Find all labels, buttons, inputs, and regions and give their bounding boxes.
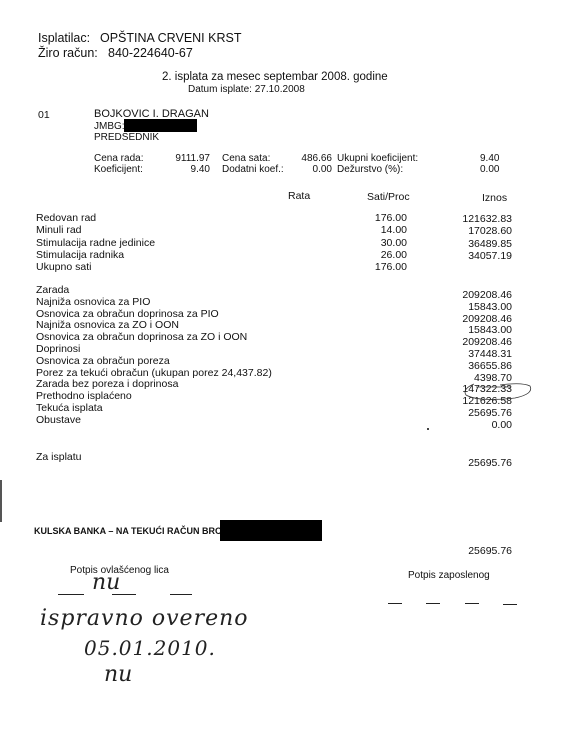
ukupni-koef-value: 9.40 [480, 153, 499, 164]
koeficijent-value: 9.40 [150, 164, 210, 175]
employee-number: 01 [38, 109, 50, 121]
payer-value: OPŠTINA CRVENI KRST [100, 31, 241, 45]
cena-sata-value: 486.66 [290, 153, 332, 164]
handwritten-circle-annotation [460, 380, 540, 406]
bank-line: KULSKA BANKA – NA TEKUĆI RAČUN BROJ [34, 526, 227, 536]
employee-signature-label: Potpis zaposlenog [408, 570, 490, 581]
jmbg-label: JMBG: [94, 121, 125, 132]
table-row-iznos: 15843.00 [440, 324, 512, 336]
signature-line [503, 604, 517, 605]
table-row-sati: 30.00 [340, 237, 407, 249]
bank-amount: 25695.76 [440, 545, 512, 557]
table-row-iznos: 209208.46 [440, 289, 512, 301]
account-label: Žiro račun: [38, 46, 98, 60]
table-row-iznos: 34057.19 [440, 250, 512, 262]
table-row-label: Najniža osnovica za PIO [36, 296, 150, 308]
jmbg-redaction [124, 119, 197, 132]
payer-label: Isplatilac: [38, 31, 90, 45]
dezurstvo-label: Dežurstvo (%): [337, 164, 403, 175]
table-row-iznos: 209208.46 [440, 336, 512, 348]
table-row-iznos: 17028.60 [440, 225, 512, 237]
table-row-label: Zarada [36, 284, 69, 296]
table-row-label: Redovan rad [36, 212, 96, 224]
document-title: 2. isplata za mesec septembar 2008. godi… [162, 71, 388, 83]
speck-mark [427, 428, 429, 430]
table-row-sati: 26.00 [340, 249, 407, 261]
dezurstvo-value: 0.00 [480, 164, 499, 175]
table-row-label: Osnovica za obračun doprinosa za PIO [36, 308, 219, 320]
table-row-label: Zarada bez poreza i doprinosa [36, 378, 178, 390]
signature-line [170, 594, 192, 595]
koeficijent-label: Koeficijent: [94, 164, 143, 175]
column-header-rata: Rata [288, 190, 310, 202]
ukupni-koef-label: Ukupni koeficijent: [337, 153, 418, 164]
table-row-label: Prethodno isplaćeno [36, 390, 132, 402]
table-row-label: Porez za tekući obračun (ukupan porez 24… [36, 367, 272, 379]
scan-artifact [0, 480, 2, 522]
handwritten-initials-top: nu [92, 570, 120, 595]
table-row-iznos: 15843.00 [440, 301, 512, 313]
dodatni-koef-label: Dodatni koef.: [222, 164, 284, 175]
cena-rada-label: Cena rada: [94, 153, 143, 164]
table-row-iznos: 36655.86 [440, 360, 512, 372]
handwritten-date: 05.01.2010. [84, 636, 216, 660]
account-value: 840-224640-67 [108, 46, 193, 60]
table-row-label: Doprinosi [36, 343, 80, 355]
cena-sata-label: Cena sata: [222, 153, 270, 164]
table-row-sati: 14.00 [340, 224, 407, 236]
total-value: 25695.76 [440, 457, 512, 469]
bank-account-redaction [220, 520, 322, 541]
table-row-iznos: 121632.83 [440, 213, 512, 225]
payment-date: Datum isplate: 27.10.2008 [188, 84, 305, 95]
table-row-iznos: 37448.31 [440, 348, 512, 360]
column-header-sati: Sati/Proc [367, 191, 410, 203]
payment-date-label: Datum isplate: [188, 84, 252, 95]
column-header-iznos: Iznos [482, 192, 507, 204]
handwritten-note: ispravno overeno [40, 606, 249, 631]
table-row-sati: 176.00 [340, 261, 407, 273]
table-row-label: Obustave [36, 414, 81, 426]
dodatni-koef-value: 0.00 [290, 164, 332, 175]
table-row-label: Osnovica za obračun poreza [36, 355, 170, 367]
signature-line [465, 603, 479, 604]
signature-line [426, 603, 440, 604]
table-row-label: Stimulacija radnika [36, 249, 124, 261]
payment-date-value: 27.10.2008 [255, 84, 305, 95]
table-row-iznos: 0.00 [440, 419, 512, 431]
table-row-label: Stimulacija radne jedinice [36, 237, 155, 249]
table-row-label: Ukupno sati [36, 261, 91, 273]
signature-line [388, 603, 402, 604]
cena-rada-value: 9111.97 [150, 153, 210, 164]
table-row-label: Minuli rad [36, 224, 82, 236]
table-row-sati: 176.00 [340, 212, 407, 224]
table-row-label: Tekuća isplata [36, 402, 103, 414]
total-label: Za isplatu [36, 451, 82, 463]
table-row-label: Najniža osnovica za ZO i OON [36, 319, 179, 331]
table-row-iznos: 209208.46 [440, 313, 512, 325]
handwritten-initials-bottom: nu [104, 662, 132, 687]
employee-position: PREDSEDNIK [94, 132, 159, 143]
table-row-label: Osnovica za obračun doprinosa za ZO i OO… [36, 331, 247, 343]
table-row-iznos: 25695.76 [440, 407, 512, 419]
signature-line [58, 594, 84, 595]
table-row-iznos: 36489.85 [440, 238, 512, 250]
